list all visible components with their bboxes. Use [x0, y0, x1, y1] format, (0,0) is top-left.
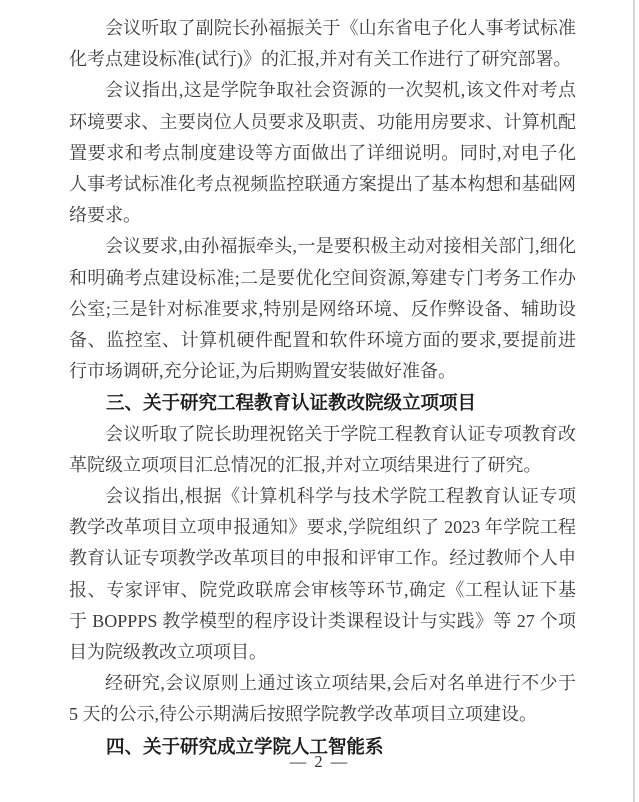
- paragraph-report-project-summary: 会议听取了院长助理祝铭关于学院工程教育认证专项教育改革院级立项项目汇总情况的汇报…: [69, 419, 576, 481]
- paragraph-meeting-pointed-out-exam: 会议指出,这是学院争取社会资源的一次契机,该文件对考点环境要求、主要岗位人员要求…: [69, 75, 576, 231]
- paragraph-meeting-pointed-out-projects: 会议指出,根据《计算机科学与技术学院工程教育认证专项教学改革项目立项申报通知》要…: [69, 481, 576, 668]
- section-heading-three: 三、关于研究工程教育认证教改院级立项项目: [69, 387, 576, 418]
- scan-edge-line: [633, 0, 635, 802]
- paragraph-report-exam-standard: 会议听取了副院长孙福振关于《山东省电子化人事考试标准化考点建设标准(试行)》的汇…: [69, 13, 576, 75]
- paragraph-meeting-requirements: 会议要求,由孙福振牵头,一是要积极主动对接相关部门,细化和明确考点建设标准;二是…: [69, 231, 576, 387]
- scanned-document-page: 会议听取了副院长孙福振关于《山东省电子化人事考试标准化考点建设标准(试行)》的汇…: [0, 0, 639, 802]
- page-number: — 2 —: [0, 752, 639, 772]
- document-body: 会议听取了副院长孙福振关于《山东省电子化人事考试标准化考点建设标准(试行)》的汇…: [69, 13, 576, 762]
- paragraph-approval-and-publicity: 经研究,会议原则上通过该立项结果,会后对名单进行不少于 5 天的公示,待公示期满…: [69, 668, 576, 730]
